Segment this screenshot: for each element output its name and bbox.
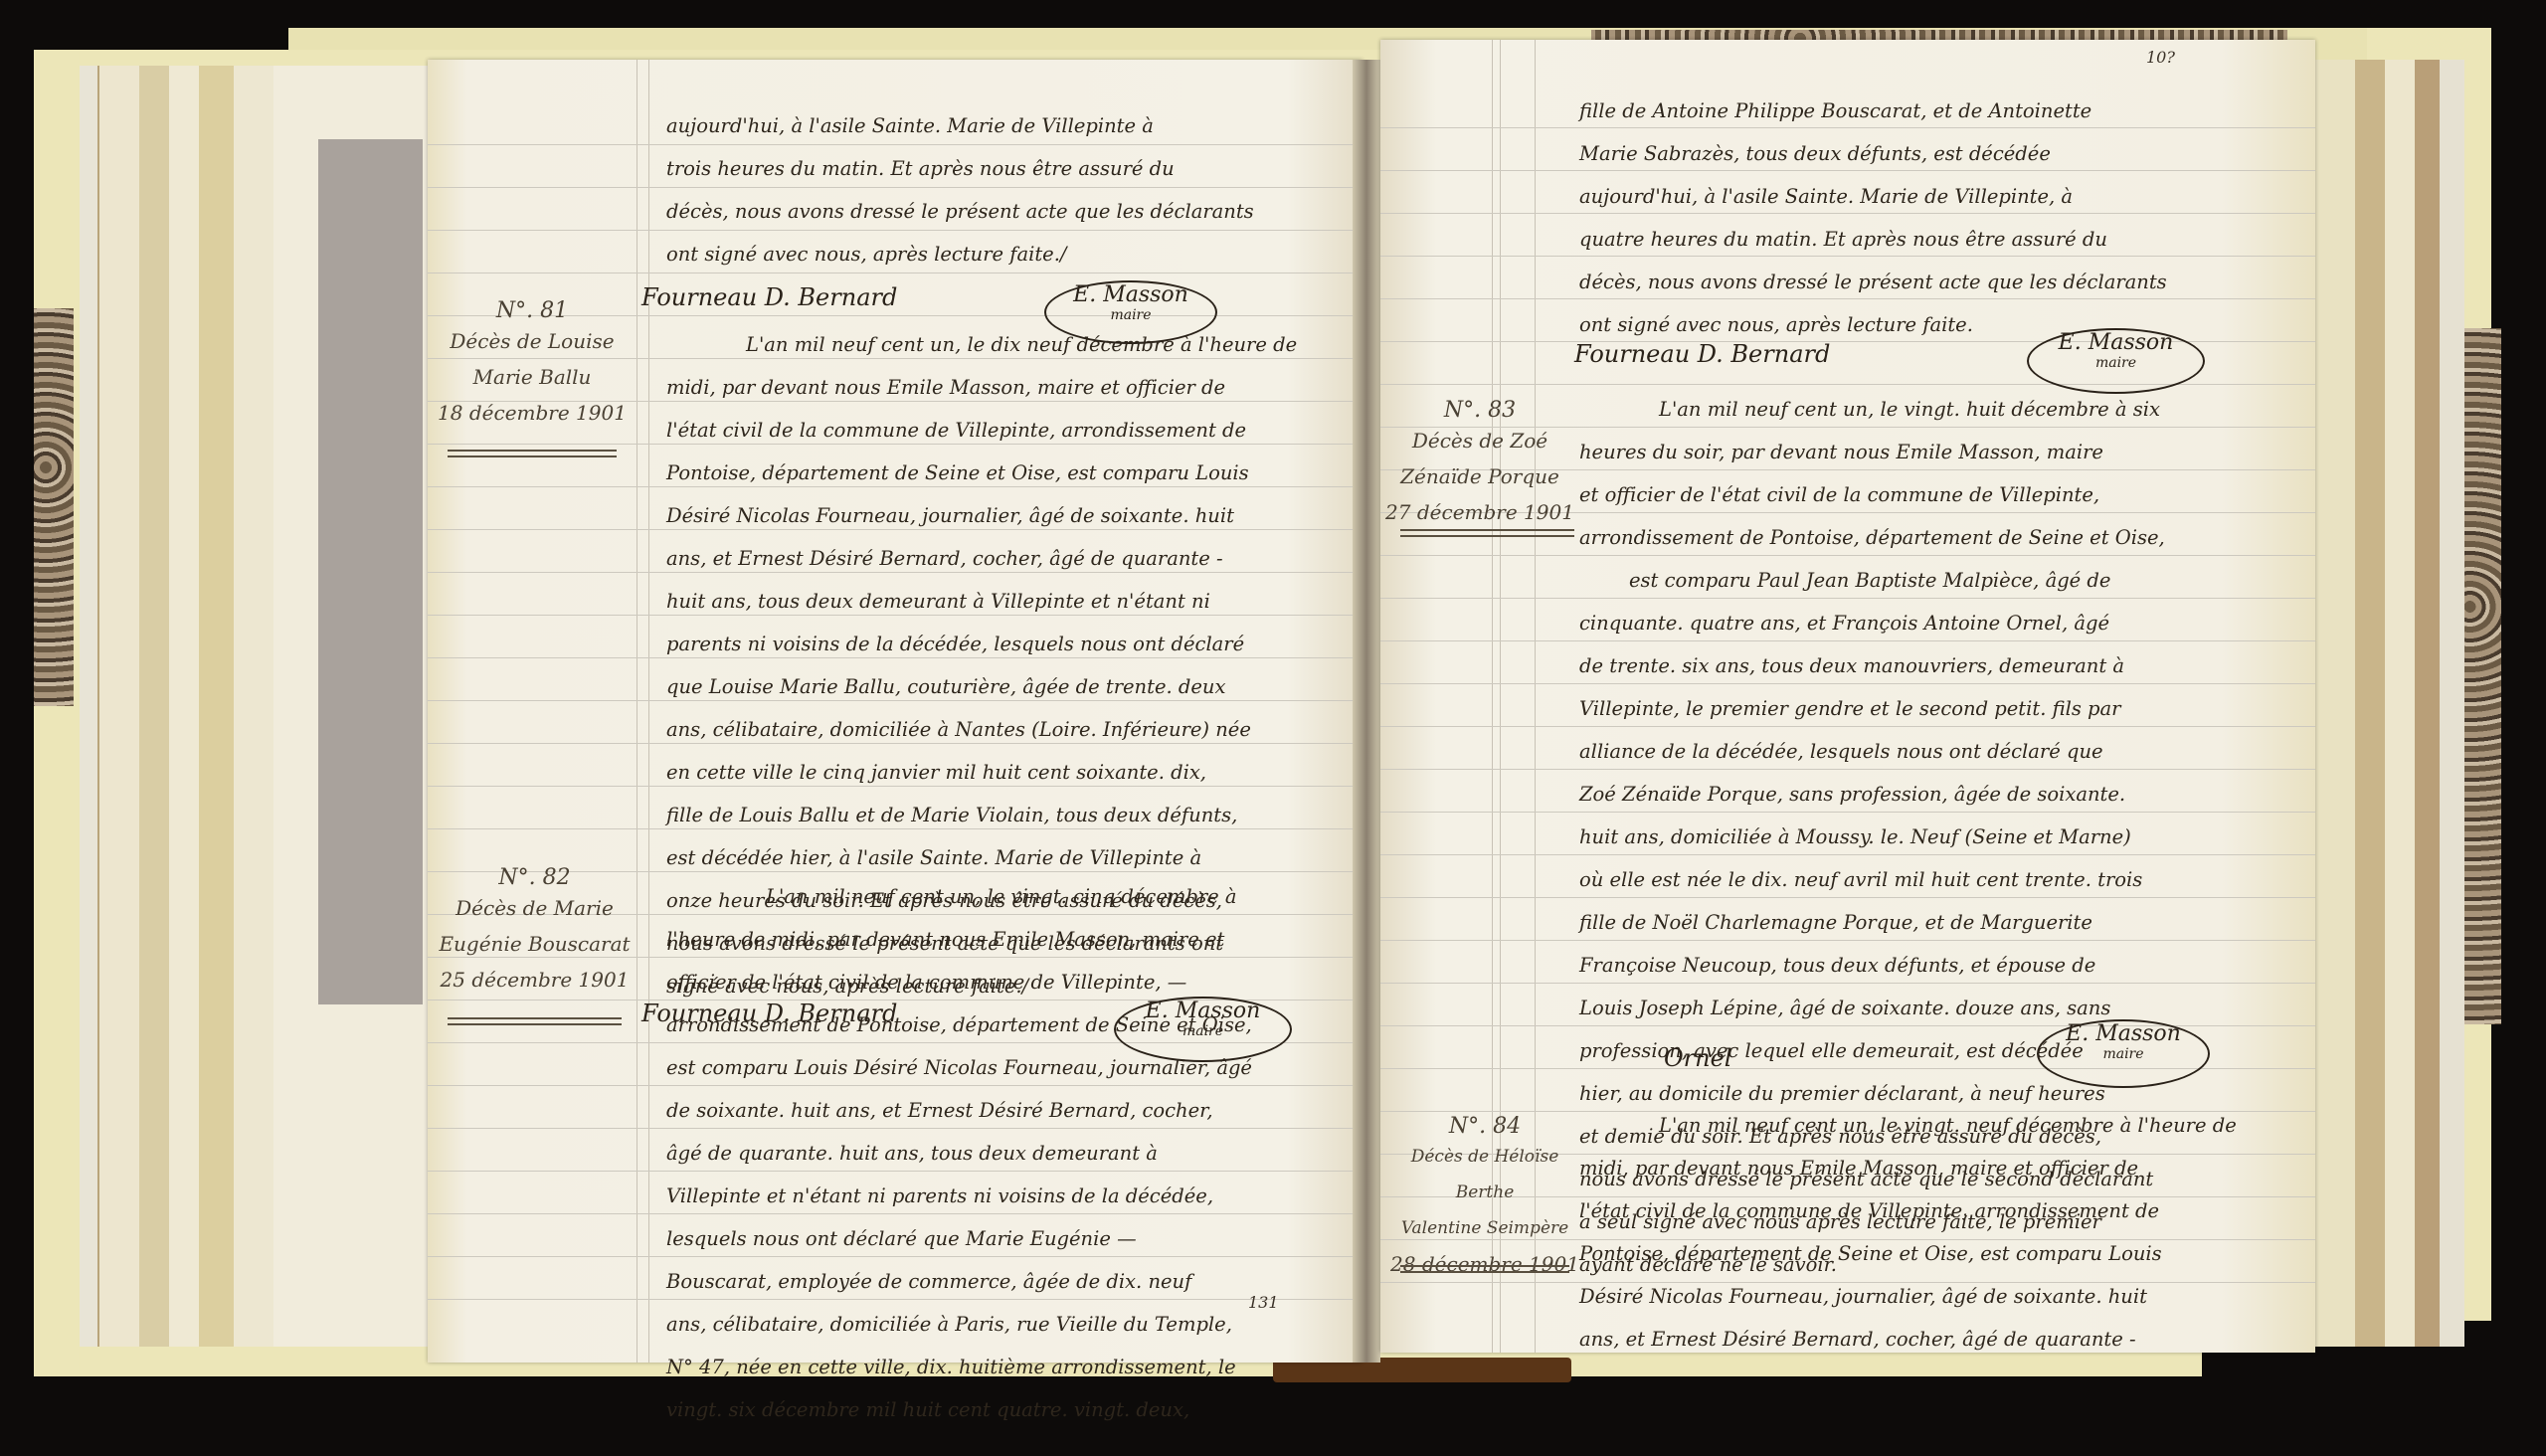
margin-separator [1400,1265,1569,1273]
margin-separator [448,1017,622,1025]
left-page: aujourd'hui, à l'asile Sainte. Marie de … [428,60,1363,1363]
folio-number-left: 131 [1248,1293,1279,1312]
margin-entry-81: N°. 81 Décès de Louise Marie Ballu 18 dé… [428,298,636,431]
margin-entry-82: N°. 82 Décès de Marie Eugénie Bouscarat … [428,865,641,998]
margin-entry-84: N°. 84 Décès de Héloïse Berthe Valentine… [1380,1114,1589,1282]
entry-84-text: L'an mil neuf cent un, le vingt. neuf dé… [1579,1104,2237,1361]
right-page: 10? fille de Antoine Philippe Bouscarat,… [1380,40,2315,1353]
margin-entry-83: N°. 83 Décès de Zoé Zénaïde Porque 27 dé… [1380,398,1579,530]
right-continuation-text: fille de Antoine Philippe Bouscarat, et … [1579,90,2167,346]
book-gutter [1353,60,1380,1363]
folio-number-right: 10? [2146,48,2175,67]
grey-insert-card [318,139,423,1004]
margin-separator [448,450,617,457]
left-continuation-declarant-signatures: Fourneau D. Bernard [641,283,897,311]
entry-83-declarant-signature: Ornel [1664,1044,1731,1072]
entry-82-text: L'an mil neuf cent un, le vingt. cinq dé… [666,875,1252,1431]
left-continuation-text: aujourd'hui, à l'asile Sainte. Marie de … [666,104,1254,275]
entry-83-mayor-seal: E. Masson maire [2037,1019,2210,1088]
right-continuation-declarant-signatures: Fourneau D. Bernard [1574,340,1830,368]
marbled-cover-left [34,308,74,706]
margin-separator [1400,529,1574,537]
mayor-signature-seal-right: E. Masson maire [2027,328,2205,394]
